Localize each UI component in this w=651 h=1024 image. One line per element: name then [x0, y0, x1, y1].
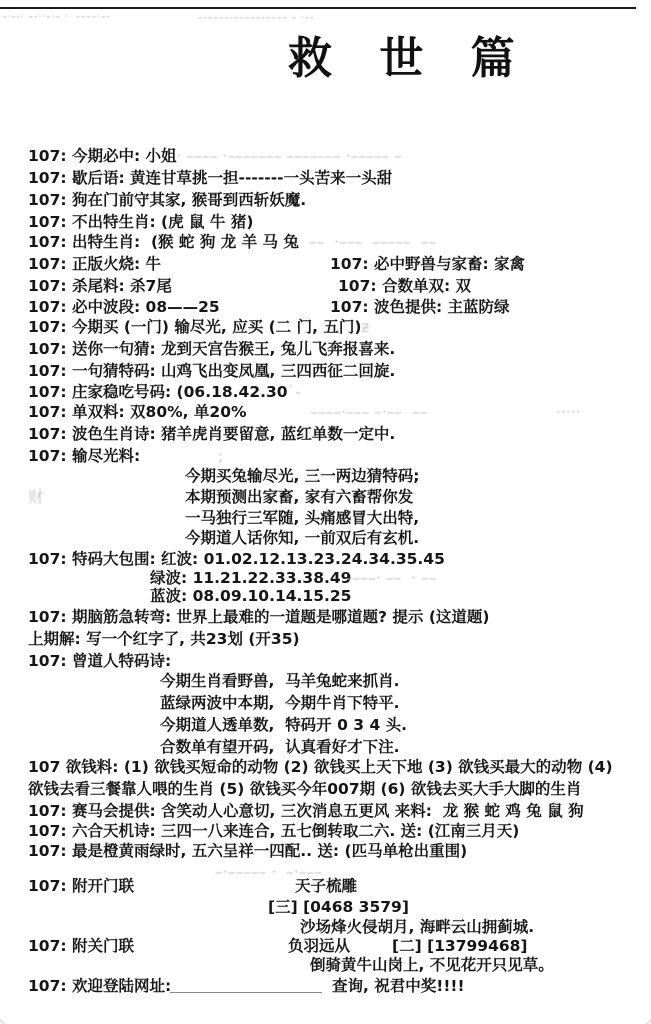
faded-scan-text: ––––· –– · ––: [340, 568, 437, 588]
doc-text: 107: 庄家稳吃号码: (06.18.42.30: [28, 383, 288, 401]
doc-text: 合数单有望开码, 认真看好才下注.: [160, 737, 400, 757]
doc-text: 107: 赛马会提供: 含笑动人心意切, 三次消息五更风 来料: 龙 猴 蛇 鸡…: [28, 802, 584, 820]
doc-text: 今期买兔输尽光, 三一两边猜特码;: [185, 466, 419, 486]
doc-text: 107: 附关门联: [28, 937, 134, 955]
doc-text: 107: 最是橙黄雨绿时, 五六呈祥一四配.. 送: (匹马单枪出重围): [28, 842, 467, 860]
doc-text: 107: 必中野兽与家畜: 家禽: [330, 254, 525, 274]
doc-line: 107: 曾道人特码诗:: [0, 651, 651, 673]
doc-text: 绿波: 11.21.22.33.38.49: [150, 568, 351, 588]
doc-text: 107: 今期买 (一门) 输尽光, 应买 (二 门, 五门): [28, 318, 361, 336]
doc-text: 负羽远从: [288, 936, 350, 956]
document-lines: 107: 今期必中: 小姐· –––– ·––––––– ––––––– ·––…: [0, 0, 651, 1024]
doc-line: 蓝波: 08.09.10.14.15.25: [0, 586, 651, 608]
faded-scan-text: · –––– ·––––––– ––––––– ·––––– –: [177, 147, 402, 165]
doc-line: 107: 不出特生肖: (虎 鼠 牛 猪): [0, 212, 651, 234]
doc-line: 107: 欢迎登陆网址:查询, 祝君中奖!!!!: [0, 976, 651, 998]
faded-scan-text: 财: [28, 488, 44, 506]
doc-line: 107: 今期买 (一门) 输尽光, 应买 (二 门, 五门)ᵶ: [0, 317, 651, 339]
doc-text: 一马独行三军随, 头痛感冒大出特,: [185, 508, 419, 528]
doc-line: 蓝绿两波中本期, 今期牛肖下特平.: [0, 693, 651, 715]
doc-text: 查询, 祝君中奖!!!!: [332, 976, 465, 996]
doc-line: 107: 赛马会提供: 含笑动人心意切, 三次消息五更风 来料: 龙 猴 蛇 鸡…: [0, 801, 651, 823]
doc-line: 107: 六合天机诗: 三四一八来连合, 五七倒转取二六. 送: (江南三月天): [0, 821, 651, 843]
doc-text: 本期预测出家畜, 家有六畜帮你发: [185, 487, 413, 507]
faded-scan-text: ;: [218, 446, 223, 466]
doc-text: 沙场烽火侵胡月, 海畔云山拥蓟城.: [300, 917, 534, 937]
doc-line: 今期买兔输尽光, 三一两边猜特码;: [0, 466, 651, 488]
doc-text: [二] [13799468]: [392, 936, 528, 956]
doc-text: 欲钱去看三餐靠人喂的生肖 (5) 欲钱买今年007期 (6) 欲钱去买大手大脚的…: [28, 780, 581, 798]
doc-line: 上期解: 写一个红字了, 共23划 (开35): [0, 629, 651, 651]
doc-text: 107: 歇后语: 黄连甘草挑一担-------一头苦来一头甜: [28, 169, 392, 187]
doc-line: 今期道人透单数, 特码开 0 3 4 头.: [0, 715, 651, 737]
document-page: -·–-· –-··–·– · -–––·–- –-––––-–––––-–––…: [0, 0, 651, 1024]
doc-text: 107: 六合天机诗: 三四一八来连合, 五七倒转取二六. 送: (江南三月天): [28, 822, 519, 840]
doc-line: 今期生肖看野兽, 马羊兔蛇来抓肖.: [0, 671, 651, 693]
doc-text: 今期道人话你知, 一前双后有玄机.: [185, 528, 419, 548]
doc-line: 107: 必中波段: 08——25107: 波色提供: 主蓝防绿: [0, 297, 651, 319]
faded-scan-text: `‐: [288, 383, 301, 401]
faded-scan-text: –– ·––– ––––– ––: [299, 233, 436, 251]
doc-text: 107: 波色生肖诗: 猪羊虎肖要留意, 蓝红单数一定中.: [28, 425, 395, 443]
doc-line: 107 欲钱料: (1) 欲钱买短命的动物 (2) 欲钱买上天下地 (3) 欲钱…: [0, 757, 651, 779]
doc-line: 107: 狗在门前守其家, 猴哥到西斩妖魔.: [0, 190, 651, 212]
doc-line: 107: 出特生肖: (猴 蛇 狗 龙 羊 马 兔 –– ·––– ––––– …: [0, 232, 651, 254]
doc-line: 107: 最是橙黄雨绿时, 五六呈祥一四配.. 送: (匹马单枪出重围): [0, 841, 651, 863]
doc-line: 一马独行三军随, 头痛感冒大出特,: [0, 508, 651, 530]
doc-text: 107: 欢迎登陆网址:: [28, 977, 171, 995]
doc-text: [三] [0468 3579]: [268, 897, 409, 917]
faded-scan-text: ·····: [556, 402, 581, 422]
doc-text: 107: 合数单双: 双: [338, 276, 471, 296]
faded-scan-text: ᵶ: [361, 318, 369, 336]
doc-text: 107: 必中波段: 08——25: [28, 298, 220, 316]
doc-text: 天子梳雕: [295, 876, 357, 896]
doc-line: 107: 一句猜特码: 山鸡飞出变凤凰, 三四西征二回旋.: [0, 361, 651, 383]
page-corner: [0, 1000, 24, 1024]
doc-line: 107: 杀尾料: 杀7尾107: 合数单双: 双: [0, 276, 651, 298]
doc-line: 107: 单双料: 双80%, 单20%––––·––– –·–– ––····…: [0, 402, 651, 424]
doc-line: 107: 送你一句猜: 龙到天宫告猴王, 兔儿飞奔报喜来.: [0, 339, 651, 361]
doc-text: 107: 期脑筋急转弯: 世界上最难的一道题是哪道题? 提示 (这道题): [28, 608, 490, 626]
doc-line: 今期道人话你知, 一前双后有玄机.: [0, 528, 651, 550]
page-corner: [627, 1000, 651, 1024]
doc-text: 107: 波色提供: 主蓝防绿: [330, 297, 510, 317]
doc-text: 107: 曾道人特码诗:: [28, 652, 171, 670]
doc-text: 107: 出特生肖: (猴 蛇 狗 龙 羊 马 兔: [28, 233, 299, 251]
doc-text: 107: 正版火烧: 牛: [28, 255, 161, 273]
doc-line: 本期预测出家畜, 家有六畜帮你发财: [0, 487, 651, 509]
doc-text: 107: 今期必中: 小姐: [28, 147, 177, 165]
doc-line: 107: 附开门联天子梳雕: [0, 876, 651, 898]
doc-text: 上期解: 写一个红字了, 共23划 (开35): [28, 630, 300, 648]
doc-text: 倒骑黄牛山岗上, 不见花开只见草。: [310, 955, 554, 975]
doc-text: 107: 一句猜特码: 山鸡飞出变凤凰, 三四西征二回旋.: [28, 362, 395, 380]
doc-line: 107: 波色生肖诗: 猪羊虎肖要留意, 蓝红单数一定中.: [0, 424, 651, 446]
doc-line: 107: 今期必中: 小姐· –––– ·––––––– ––––––– ·––…: [0, 146, 651, 168]
doc-text: 今期道人透单数, 特码开 0 3 4 头.: [160, 715, 407, 735]
doc-text: 107: 不出特生肖: (虎 鼠 牛 猪): [28, 213, 253, 231]
doc-line: 107: 输尽光料:;: [0, 446, 651, 468]
doc-text: 107: 狗在门前守其家, 猴哥到西斩妖魔.: [28, 191, 306, 209]
doc-text: 107: 特码大包围: 红波: 01.02.12.13.23.24.34.35.…: [28, 550, 445, 568]
doc-text: 107: 单双料: 双80%, 单20%: [28, 403, 247, 421]
doc-line: [三] [0468 3579]: [0, 897, 651, 919]
doc-text: 107: 附开门联: [28, 877, 134, 895]
blank-underline: [170, 980, 322, 993]
doc-text: 蓝绿两波中本期, 今期牛肖下特平.: [160, 693, 400, 713]
doc-text: 107: 输尽光料:: [28, 447, 140, 465]
doc-line: 107: 期脑筋急转弯: 世界上最难的一道题是哪道题? 提示 (这道题): [0, 607, 651, 629]
doc-line: 欲钱去看三餐靠人喂的生肖 (5) 欲钱买今年007期 (6) 欲钱去买大手大脚的…: [0, 779, 651, 801]
doc-line: 107: 歇后语: 黄连甘草挑一担-------一头苦来一头甜: [0, 168, 651, 190]
faded-scan-text: ––––·––– –·–– ––: [310, 402, 428, 422]
doc-text: 蓝波: 08.09.10.14.15.25: [150, 586, 351, 606]
doc-text: 107: 杀尾料: 杀7尾: [28, 277, 172, 295]
doc-line: 倒骑黄牛山岗上, 不见花开只见草。: [0, 955, 651, 977]
doc-text: 107 欲钱料: (1) 欲钱买短命的动物 (2) 欲钱买上天下地 (3) 欲钱…: [28, 758, 613, 776]
doc-line: 107: 庄家稳吃号码: (06.18.42.30`‐: [0, 382, 651, 404]
doc-text: 今期生肖看野兽, 马羊兔蛇来抓肖.: [160, 671, 400, 691]
doc-line: 107: 正版火烧: 牛107: 必中野兽与家畜: 家禽: [0, 254, 651, 276]
doc-text: 107: 送你一句猜: 龙到天宫告猴王, 兔儿飞奔报喜来.: [28, 340, 395, 358]
doc-line: 合数单有望开码, 认真看好才下注.: [0, 737, 651, 759]
